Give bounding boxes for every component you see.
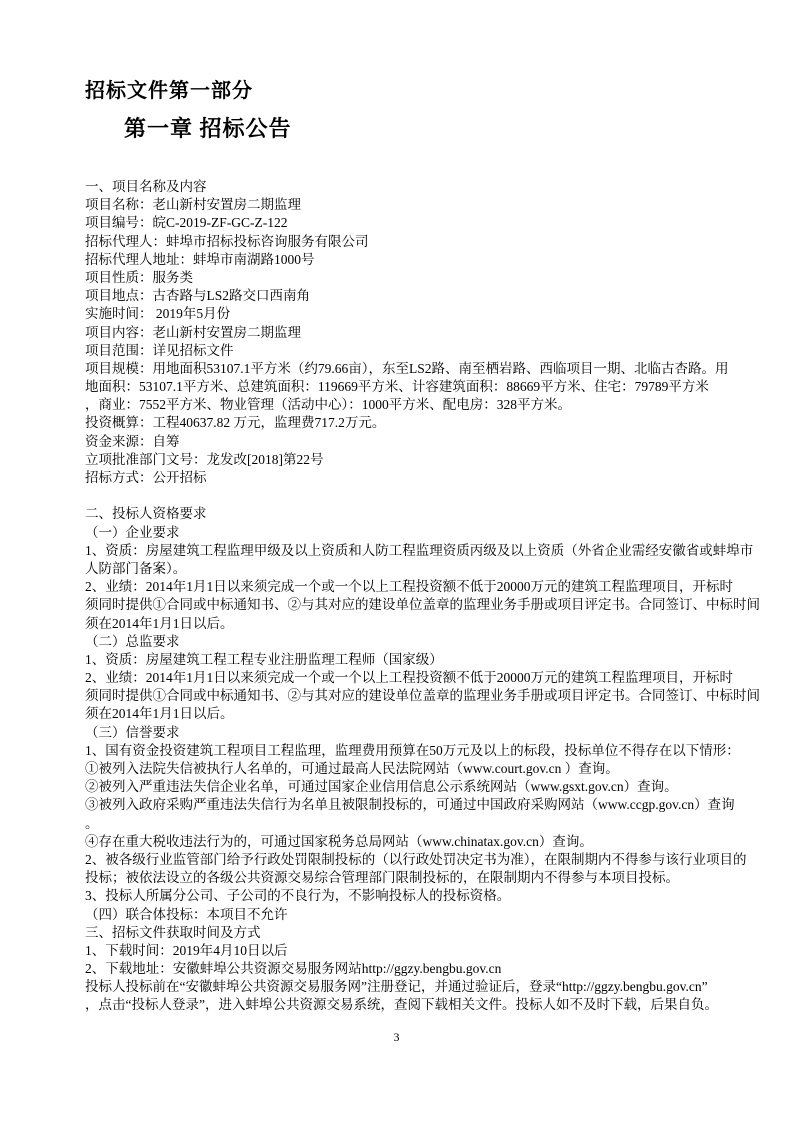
document-line	[85, 487, 747, 505]
document-line: 二、投标人资格要求	[85, 505, 747, 523]
document-line: ①被列入法院失信被执行人名单的，可通过最高人民法院网站（www.court.go…	[85, 760, 747, 778]
document-line: （一）企业要求	[85, 524, 747, 542]
document-line: 须同时提供①合同或中标通知书、②与其对应的建设单位盖章的监理业务手册或项目评定书…	[85, 687, 747, 705]
document-line: 2、业绩：2014年1月1日以来须完成一个或一个以上工程投资额不低于20000万…	[85, 669, 747, 687]
document-line: 地面积：53107.1平方米、总建筑面积：119669平方米、计容建筑面积：88…	[85, 378, 747, 396]
document-line: 3、投标人所属分公司、子公司的不良行为，不影响投标人的投标资格。	[85, 887, 747, 905]
document-line: 人防部门备案）。	[85, 560, 747, 578]
chapter-title: 第一章 招标公告	[124, 112, 292, 143]
document-line: ，商业：7552平方米、物业管理（活动中心）：1000平方米、配电房：328平方…	[85, 396, 747, 414]
document-line: 1、下载时间：2019年4月10日以后	[85, 942, 747, 960]
document-line: 2、业绩：2014年1月1日以来须完成一个或一个以上工程投资额不低于20000万…	[85, 578, 747, 596]
document-line: ③被列入政府采购严重违法失信行为名单且被限制投标的，可通过中国政府采购网站（ww…	[85, 796, 747, 814]
document-line: ②被列入严重违法失信企业名单，可通过国家企业信用信息公示系统网站（www.gsx…	[85, 778, 747, 796]
document-line: 招标代理人：蚌埠市招标投标咨询服务有限公司	[85, 233, 747, 251]
document-line: 立项批准部门文号：龙发改[2018]第22号	[85, 451, 747, 469]
document-line: 2、下载地址：安徽蚌埠公共资源交易服务网站http://ggzy.bengbu.…	[85, 960, 747, 978]
document-line: 1、国有资金投资建筑工程项目工程监理，监理费用预算在50万元及以上的标段，投标单…	[85, 742, 747, 760]
document-line: 须同时提供①合同或中标通知书、②与其对应的建设单位盖章的监理业务手册或项目评定书…	[85, 596, 747, 614]
document-line: 项目编号：皖C-2019-ZF-GC-Z-122	[85, 214, 747, 232]
document-line: 项目地点：古杏路与LS2路交口西南角	[85, 287, 747, 305]
document-line: （四）联合体投标：本项目不允许	[85, 906, 747, 924]
document-line: 须在2014年1月1日以后。	[85, 615, 747, 633]
document-line: ，点击“投标人登录”，进入蚌埠公共资源交易系统，查阅下载相关文件。投标人如不及时…	[85, 996, 747, 1014]
document-line: 三、招标文件获取时间及方式	[85, 924, 747, 942]
document-line: 1、资质：房屋建筑工程监理甲级及以上资质和人防工程监理资质丙级及以上资质（外省企…	[85, 542, 747, 560]
document-line: ④存在重大税收违法行为的，可通过国家税务总局网站（www.chinatax.go…	[85, 833, 747, 851]
document-line: 实施时间： 2019年5月份	[85, 305, 747, 323]
document-line: 投标人投标前在“安徽蚌埠公共资源交易服务网”注册登记，并通过验证后，登录“htt…	[85, 978, 747, 996]
document-line: 项目规模：用地面积53107.1平方米（约79.66亩），东至LS2路、南至栖岩…	[85, 360, 747, 378]
document-line: 项目性质：服务类	[85, 269, 747, 287]
document-line: 项目内容：老山新村安置房二期监理	[85, 324, 747, 342]
document-line: （三）信誉要求	[85, 724, 747, 742]
page-number: 3	[0, 1030, 793, 1045]
document-page: 招标文件第一部分 第一章 招标公告 一、项目名称及内容项目名称：老山新村安置房二…	[0, 0, 793, 1123]
document-line: 投标；被依法设立的各级公共资源交易综合管理部门限制投标的，在限制期内不得参与本项…	[85, 869, 747, 887]
document-line: 。	[85, 815, 747, 833]
document-line: 2、被各级行业监管部门给予行政处罚限制投标的（以行政处罚决定书为准），在限制期内…	[85, 851, 747, 869]
document-line: 项目名称：老山新村安置房二期监理	[85, 196, 747, 214]
document-line: 招标代理人地址：蚌埠市南湖路1000号	[85, 251, 747, 269]
document-body: 一、项目名称及内容项目名称：老山新村安置房二期监理项目编号：皖C-2019-ZF…	[85, 178, 747, 1015]
part-title: 招标文件第一部分	[85, 74, 253, 103]
document-line: 1、资质：房屋建筑工程工程专业注册监理工程师（国家级）	[85, 651, 747, 669]
document-line: （二）总监要求	[85, 633, 747, 651]
document-line: 投资概算：工程40637.82 万元，监理费717.2万元。	[85, 414, 747, 432]
document-line: 资金来源：自筹	[85, 433, 747, 451]
document-line: 招标方式：公开招标	[85, 469, 747, 487]
document-line: 项目范围：详见招标文件	[85, 342, 747, 360]
document-line: 一、项目名称及内容	[85, 178, 747, 196]
document-line: 须在2014年1月1日以后。	[85, 705, 747, 723]
